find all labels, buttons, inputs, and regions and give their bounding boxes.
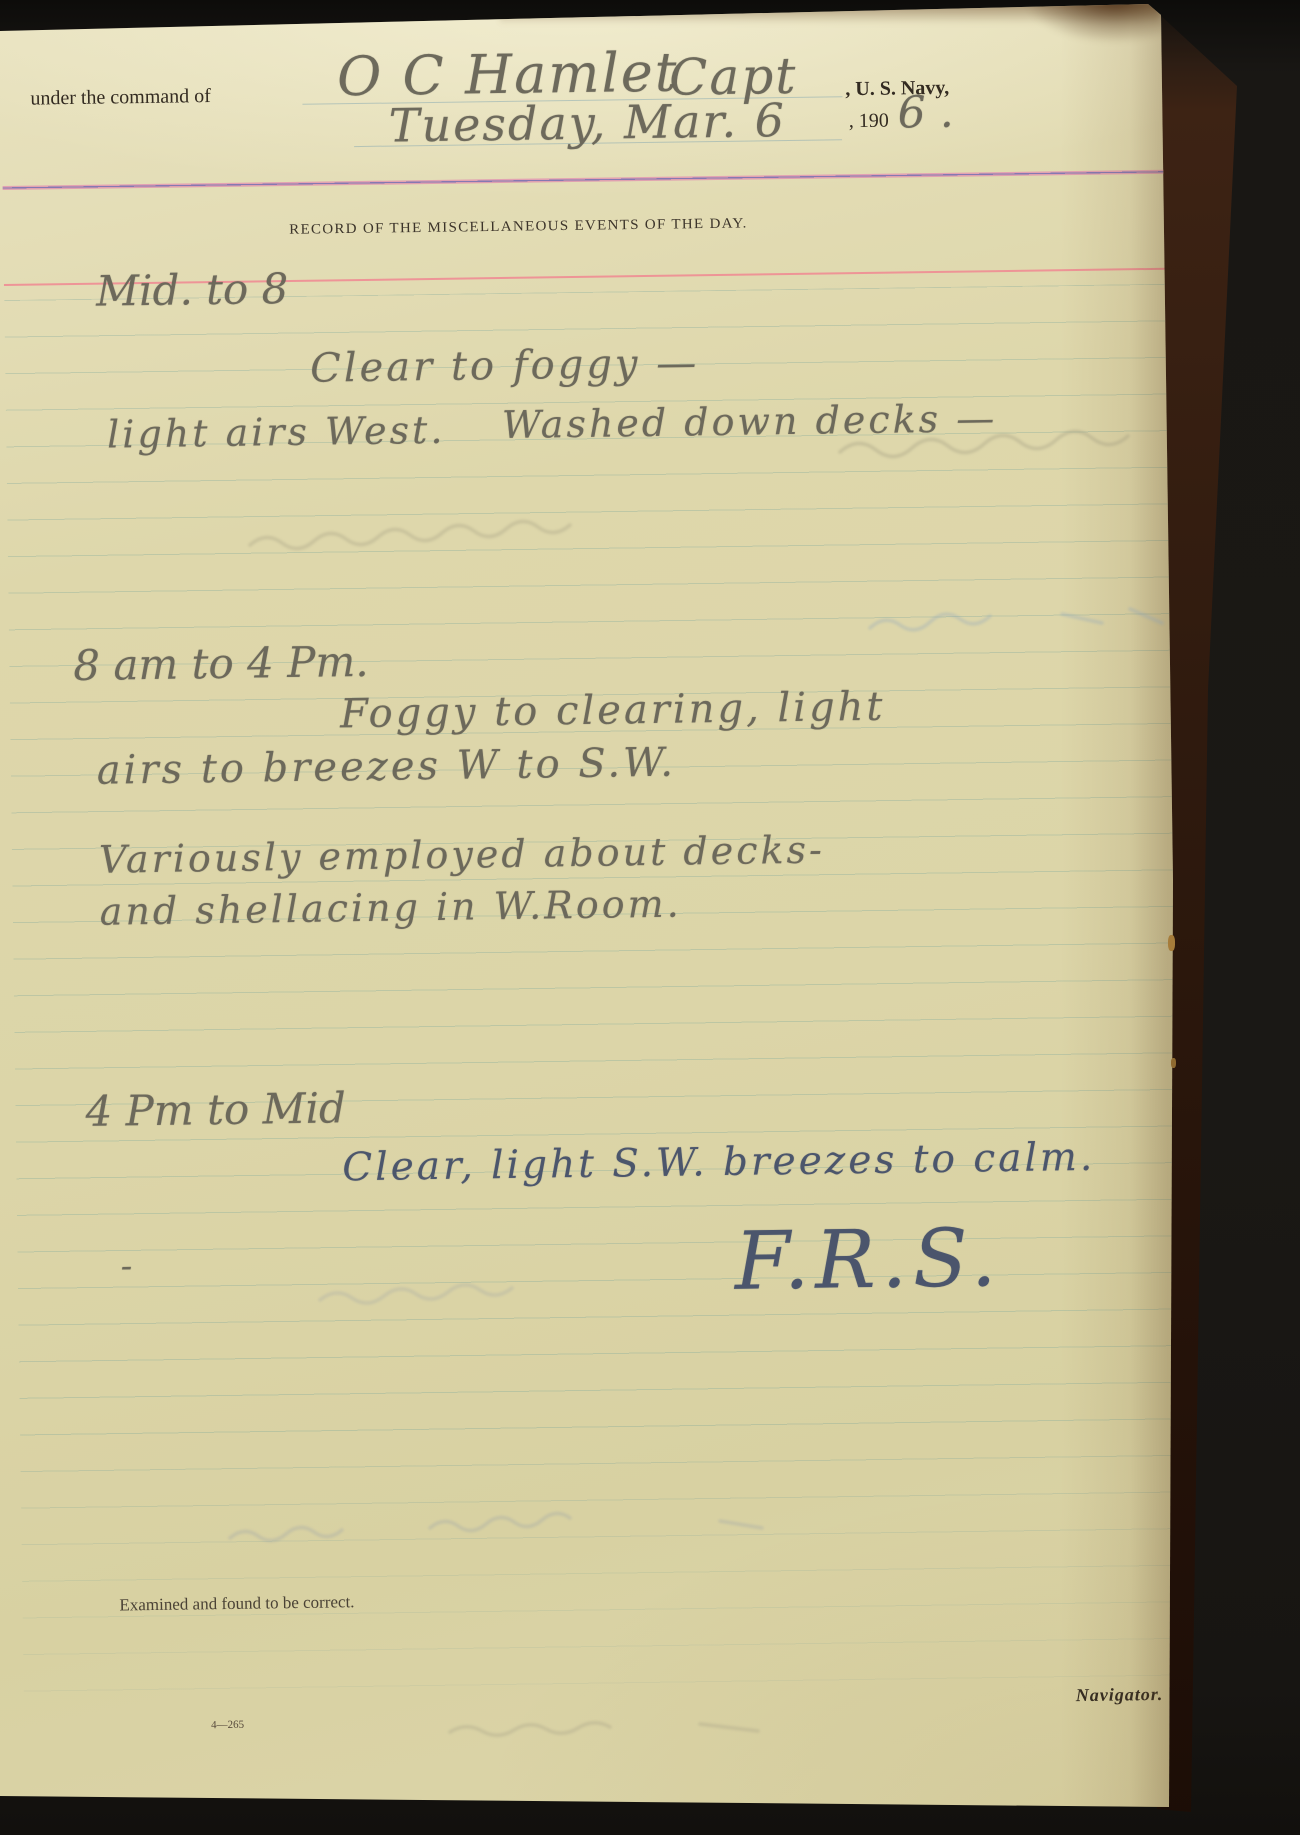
year-digit-handwriting: 6 . — [897, 87, 954, 139]
section-heading: RECORD OF THE MISCELLANEOUS EVENTS OF TH… — [289, 216, 748, 239]
stray-pencil-mark: - — [120, 1246, 132, 1286]
entry-line: Washed down decks — — [502, 396, 998, 447]
page-edge-fleck — [1171, 1058, 1176, 1068]
entry-line: Variously employed about decks- — [99, 828, 825, 882]
entry-line: Foggy to clearing, light — [340, 684, 886, 738]
entry-line: and shellacing in W.Room. — [99, 882, 682, 934]
command-prefix-label: under the command of — [30, 85, 211, 111]
logbook-page: under the command of O C Hamlet Capt , U… — [0, 0, 1300, 1835]
entry-line: airs to breezes W to S.W. — [96, 740, 676, 794]
scanned-logbook-photo: under the command of O C Hamlet Capt , U… — [0, 0, 1300, 1835]
entry-watch-label: 8 am to 4 Pm. — [73, 637, 369, 690]
page-edge-fleck — [1168, 935, 1175, 951]
navigator-label: Navigator. — [1076, 1684, 1164, 1706]
year-prefix-label: , 190 — [849, 110, 889, 134]
entry-line: light airs West. — [107, 408, 446, 457]
double-ruled-divider — [3, 168, 1263, 190]
entry-watch-label: Mid. to 8 — [96, 264, 289, 316]
page-content: under the command of O C Hamlet Capt , U… — [0, 0, 1300, 1835]
ruled-lines — [4, 282, 1283, 1701]
examined-note: Examined and found to be correct. — [119, 1592, 354, 1615]
date-handwriting: Tuesday, Mar. 6 — [388, 93, 786, 153]
entry-line: Clear, light S.W. breezes to calm. — [342, 1135, 1096, 1191]
signature-handwriting: F.R.S. — [734, 1211, 1003, 1308]
entry-watch-label: 4 Pm to Mid — [85, 1083, 346, 1136]
entry-line: Clear to foggy — — [310, 340, 700, 391]
form-number: 4—265 — [211, 1719, 244, 1731]
